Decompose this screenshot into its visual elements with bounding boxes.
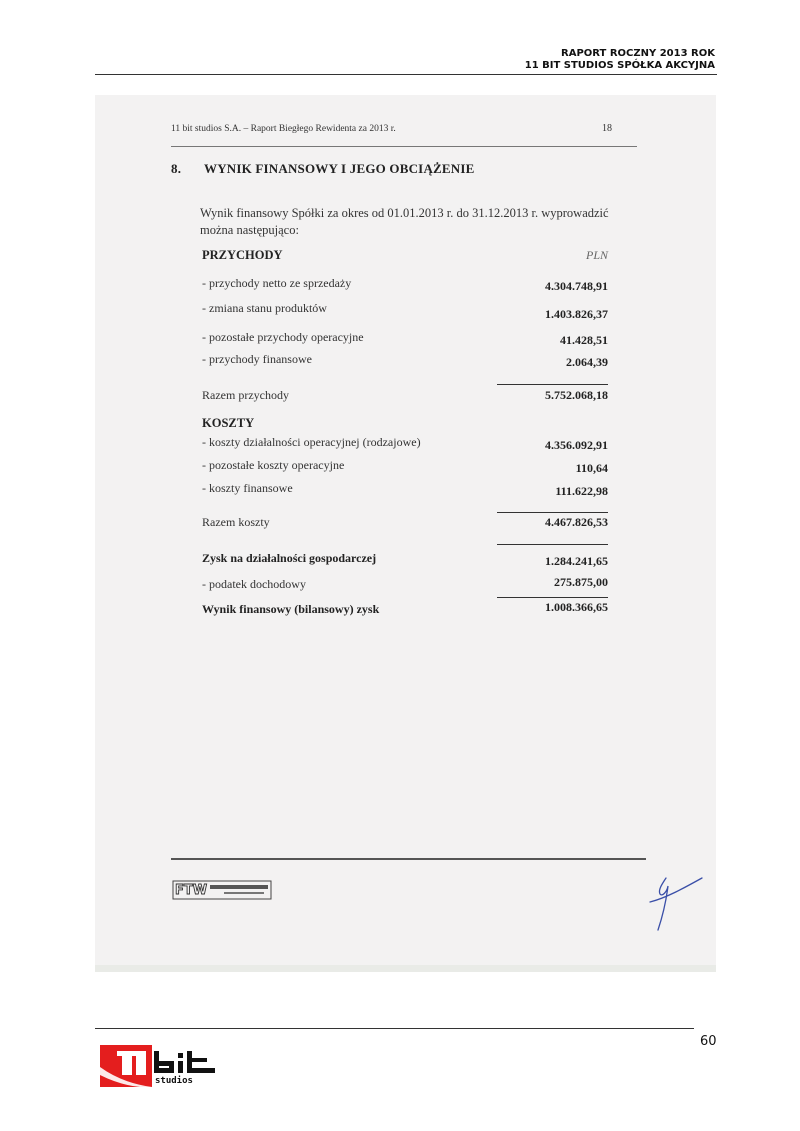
row-value: 110,64 xyxy=(576,461,608,476)
currency-label: PLN xyxy=(586,248,608,263)
row-value: 4.304.748,91 xyxy=(545,279,608,294)
header-divider xyxy=(95,74,717,75)
intro-paragraph: Wynik finansowy Spółki za okres od 01.01… xyxy=(200,205,620,239)
row-value: 1.008.366,65 xyxy=(545,600,608,615)
row-label: - koszty finansowe xyxy=(202,481,293,496)
row-label: - przychody finansowe xyxy=(202,352,312,367)
revenues-heading-row: PRZYCHODY PLN xyxy=(202,248,608,266)
svg-text:studios: studios xyxy=(155,1075,193,1086)
table-row-profit: Zysk na działalności gospodarczej 1.284.… xyxy=(202,551,608,569)
table-row: - zmiana stanu produktów 1.403.826,37 xyxy=(202,301,608,319)
footer-divider xyxy=(95,1028,694,1029)
table-row: - koszty finansowe 111.622,98 xyxy=(202,481,608,499)
row-label: - podatek dochodowy xyxy=(202,577,306,592)
row-label: Wynik finansowy (bilansowy) zysk xyxy=(202,602,379,617)
scan-edge xyxy=(95,965,716,972)
signature-icon xyxy=(640,870,710,935)
row-label: - koszty działalności operacyjnej (rodza… xyxy=(202,435,421,450)
row-value: 1.284.241,65 xyxy=(545,554,608,569)
row-label: - pozostałe przychody operacyjne xyxy=(202,330,364,345)
svg-text:FTW: FTW xyxy=(175,883,207,898)
row-value: 1.403.826,37 xyxy=(545,307,608,322)
row-label: Razem przychody xyxy=(202,388,289,403)
sum-line xyxy=(497,384,608,385)
row-label: - pozostałe koszty operacyjne xyxy=(202,458,344,473)
table-row-total: Razem koszty 4.467.826,53 xyxy=(202,515,608,533)
row-value: 2.064,39 xyxy=(566,355,608,370)
report-header: RAPORT ROCZNY 2013 ROK 11 BIT STUDIOS SP… xyxy=(525,48,715,72)
row-label: Zysk na działalności gospodarczej xyxy=(202,551,376,566)
sum-line xyxy=(497,512,608,513)
costs-heading-row: KOSZTY xyxy=(202,416,608,434)
revenues-heading: PRZYCHODY xyxy=(202,248,283,263)
sum-line xyxy=(497,544,608,545)
row-label: - przychody netto ze sprzedaży xyxy=(202,276,351,291)
row-label: Razem koszty xyxy=(202,515,270,530)
scan-page-number: 18 xyxy=(602,123,612,134)
table-row: - przychody finansowe 2.064,39 xyxy=(202,352,608,370)
report-header-line1: RAPORT ROCZNY 2013 ROK xyxy=(525,48,715,60)
section-number: 8. xyxy=(171,161,204,177)
row-label: - zmiana stanu produktów xyxy=(202,301,327,316)
costs-heading: KOSZTY xyxy=(202,416,254,431)
section-title: 8.WYNIK FINANSOWY I JEGO OBCIĄŻENIE xyxy=(171,161,475,177)
row-value: 4.356.092,91 xyxy=(545,438,608,453)
ftw-stamp-icon: FTW xyxy=(172,880,272,900)
signature-rule xyxy=(171,858,646,860)
report-header-line2: 11 BIT STUDIOS SPÓŁKA AKCYJNA xyxy=(525,60,715,72)
scan-header-rule xyxy=(171,146,637,147)
table-row-tax: - podatek dochodowy 275.875,00 xyxy=(202,575,608,593)
table-row-total: Razem przychody 5.752.068,18 xyxy=(202,388,608,406)
table-row: - przychody netto ze sprzedaży 4.304.748… xyxy=(202,276,608,294)
scan-running-header: 11 bit studios S.A. – Raport Biegłego Re… xyxy=(171,124,396,134)
row-value: 4.467.826,53 xyxy=(545,515,608,530)
section-title-text: WYNIK FINANSOWY I JEGO OBCIĄŻENIE xyxy=(204,161,475,176)
footer-page-number: 60 xyxy=(700,1034,717,1049)
row-value: 275.875,00 xyxy=(554,575,608,590)
table-row-net-result: Wynik finansowy (bilansowy) zysk 1.008.3… xyxy=(202,600,608,618)
table-row: - pozostałe koszty operacyjne 110,64 xyxy=(202,458,608,476)
table-row: - pozostałe przychody operacyjne 41.428,… xyxy=(202,330,608,348)
table-row: - koszty działalności operacyjnej (rodza… xyxy=(202,435,608,453)
sum-line xyxy=(497,597,608,598)
row-value: 41.428,51 xyxy=(560,333,608,348)
row-value: 111.622,98 xyxy=(555,484,608,499)
row-value: 5.752.068,18 xyxy=(545,388,608,403)
11bit-studios-logo-icon: studios xyxy=(100,1045,220,1087)
